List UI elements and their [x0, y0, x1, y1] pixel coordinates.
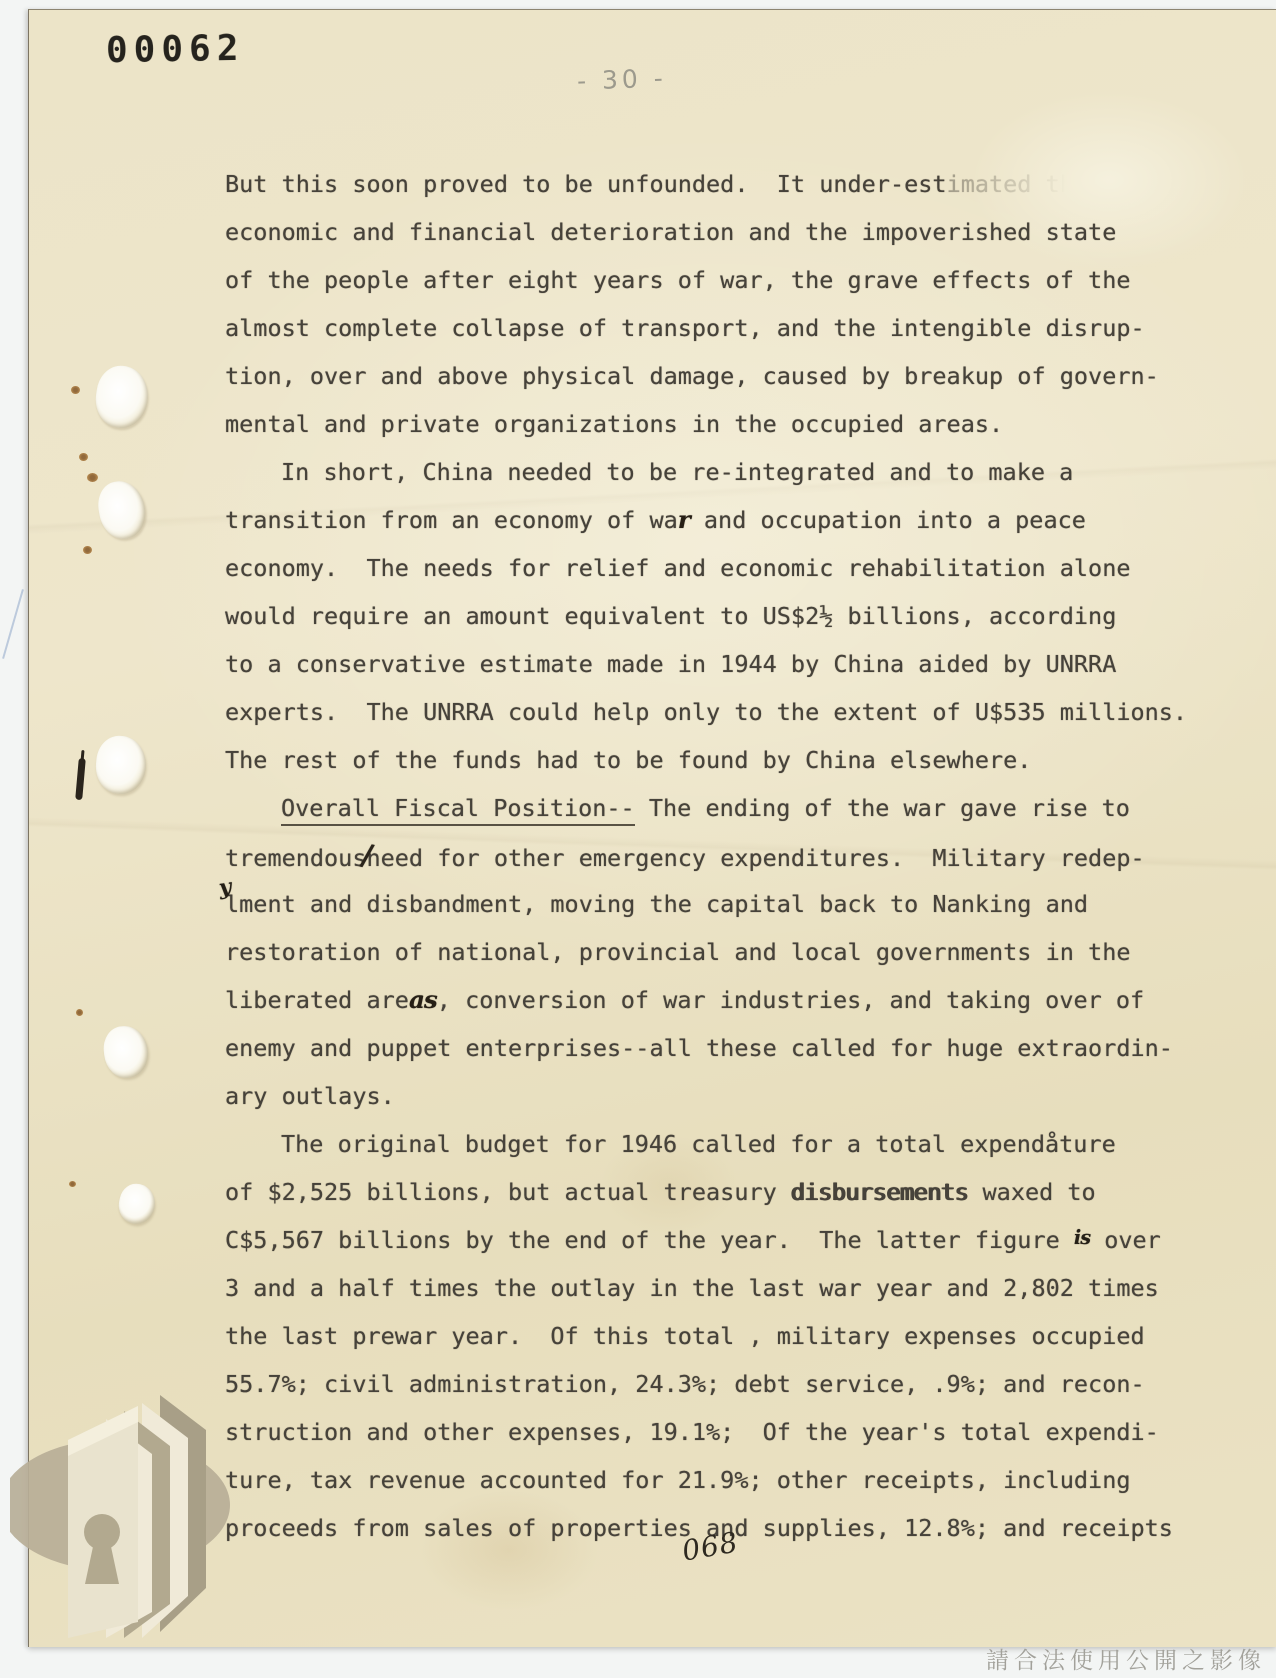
rust-spot [69, 1181, 76, 1187]
typed-segment: struction and other expenses, 19.1%; Of … [225, 1418, 1159, 1446]
ink-blot [75, 758, 86, 800]
handwritten-correction: as [409, 985, 437, 1014]
paper-tear [101, 1024, 150, 1080]
typed-segment: The original budget for 1946 called for … [281, 1130, 1116, 1158]
typed-segment: 3 and a half times the outlay in the las… [225, 1274, 1159, 1302]
typed-segment: and occupation into a peace [690, 506, 1086, 534]
typed-segment: , conversion of war industries, and taki… [437, 986, 1144, 1014]
typed-line: enemy and puppet enterprises--all these … [225, 1024, 1205, 1072]
handwritten-correction: y [216, 864, 223, 912]
handwritten-correction: is [1074, 1226, 1090, 1249]
typed-line: restoration of national, provincial and … [225, 928, 1205, 976]
typed-segment: In short, China needed to be re-integrat… [281, 458, 1073, 486]
typed-line: ary outlays. [225, 1072, 1205, 1120]
paper-tear [92, 363, 152, 432]
typed-segment: mental and private organizations in the … [225, 410, 1003, 438]
rust-spot [79, 453, 88, 461]
typed-segment: liberated are [225, 986, 409, 1014]
paper-tear [115, 1181, 159, 1228]
typed-line: mental and private organizations in the … [225, 400, 1205, 448]
typed-line: economic and financial deterioration and… [225, 208, 1205, 256]
typed-segment: transition from an economy of wa [225, 506, 678, 534]
typed-line: the last prewar year. Of this total , mi… [225, 1312, 1205, 1360]
typed-segment: waxed to [968, 1178, 1095, 1206]
typed-line: The original budget for 1946 called for … [225, 1120, 1205, 1168]
typed-segment: imated the [947, 170, 1088, 198]
rust-spot [87, 473, 98, 482]
typed-segment: experts. The UNRRA could help only to th… [225, 698, 1187, 726]
typed-segment: of the people after eight years of war, … [225, 266, 1130, 294]
typed-line: almost complete collapse of transport, a… [225, 304, 1205, 352]
paper-tear [94, 477, 149, 542]
typed-segment: to a conservative estimate made in 1944 … [225, 650, 1116, 678]
typed-line: liberated areas, conversion of war indus… [225, 976, 1205, 1024]
typed-line: 3 and a half times the outlay in the las… [225, 1264, 1205, 1312]
typed-segment: tremendous [225, 844, 366, 872]
typed-segment: enemy and puppet enterprises--all these … [225, 1034, 1173, 1062]
section-heading: Overall Fiscal Position-- [281, 794, 635, 826]
typed-segment: ary outlays. [225, 1082, 395, 1110]
typed-line: to a conservative estimate made in 1944 … [225, 640, 1205, 688]
typed-line: struction and other expenses, 19.1%; Of … [225, 1408, 1205, 1456]
typed-segment: the last prewar year. Of this total , mi… [225, 1322, 1145, 1350]
typed-line: experts. The UNRRA could help only to th… [225, 688, 1205, 736]
page-number: - 30 - [577, 63, 668, 95]
typed-segment: 55.7%; civil administration, 24.3%; debt… [225, 1370, 1145, 1398]
typed-line: would require an amount equivalent to US… [225, 592, 1205, 640]
typed-segment: over [1090, 1226, 1161, 1254]
typed-segment: economic and financial deterioration and… [225, 218, 1116, 246]
typed-line: tremendous/need for other emergency expe… [225, 832, 1205, 880]
typed-line: of the people after eight years of war, … [225, 256, 1205, 304]
typed-segment: The ending of the war gave rise to [635, 794, 1130, 822]
typed-line: tion, over and above physical damage, ca… [225, 352, 1205, 400]
pen-stray-mark [2, 589, 24, 659]
typed-segment: C$5,567 billions by the end of the year.… [225, 1226, 1074, 1254]
typed-line: 55.7%; civil administration, 24.3%; debt… [225, 1360, 1205, 1408]
typed-segment: disbursements [791, 1178, 968, 1206]
typed-line: economy. The needs for relief and econom… [225, 544, 1205, 592]
typed-text-block: But this soon proved to be unfounded. It… [225, 160, 1205, 1552]
typed-line: of $2,525 billions, but actual treasury … [225, 1168, 1205, 1216]
typed-segment: need for other emergency expenditures. M… [366, 844, 1144, 872]
typed-segment: lment and disbandment, moving the capita… [225, 890, 1088, 918]
scanned-page: 00062 - 30 - But this soon proved to be … [0, 0, 1276, 1678]
typed-line: transition from an economy of war and oc… [225, 496, 1205, 544]
typed-segment: would require an amount equivalent to US… [225, 602, 1116, 630]
typed-segment: The rest of the funds had to be found by… [225, 746, 1031, 774]
rust-spot [76, 1009, 83, 1016]
rust-spot [71, 386, 80, 394]
typed-line: ylment and disbandment, moving the capit… [225, 880, 1205, 928]
copyright-watermark: 請合法使用公開之影像 [986, 1642, 1266, 1675]
handwritten-correction: r [678, 505, 690, 534]
typed-segment: economy. The needs for relief and econom… [225, 554, 1130, 582]
typed-segment: ture, tax revenue accounted for 21.9%; o… [225, 1466, 1130, 1494]
typed-line: Overall Fiscal Position-- The ending of … [225, 784, 1205, 832]
typed-line: But this soon proved to be unfounded. It… [225, 160, 1205, 208]
typed-line: ture, tax revenue accounted for 21.9%; o… [225, 1456, 1205, 1504]
typed-segment: tion, over and above physical damage, ca… [225, 362, 1159, 390]
paper-tear [94, 734, 149, 796]
typed-segment: almost complete collapse of transport, a… [225, 314, 1145, 342]
typed-segment: of $2,525 billions, but actual treasury [225, 1178, 791, 1206]
rust-spot [83, 546, 92, 554]
archive-stamp: 00062 [106, 28, 245, 71]
typed-line: C$5,567 billions by the end of the year.… [225, 1216, 1205, 1264]
archive-book-keyhole-logo [10, 1370, 240, 1638]
typed-line: In short, China needed to be re-integrat… [225, 448, 1205, 496]
typed-segment: But this soon proved to be unfounded. It… [225, 170, 947, 198]
typed-line: The rest of the funds had to be found by… [225, 736, 1205, 784]
typed-segment: restoration of national, provincial and … [225, 938, 1130, 966]
